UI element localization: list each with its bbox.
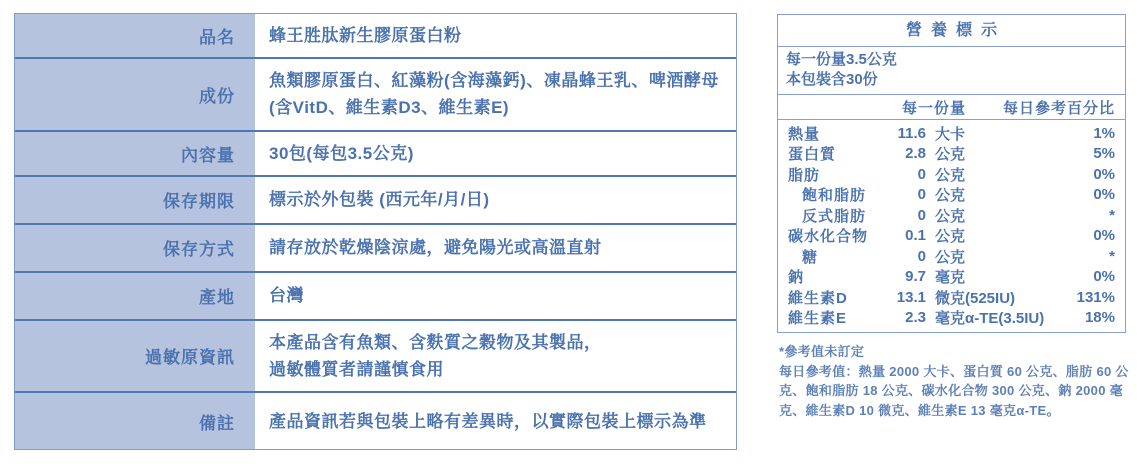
nutrient-daily-pct: 1% (1093, 125, 1115, 142)
table-row: 備註 產品資訊若與包裝上略有差異時，以實際包裝上標示為準 (15, 393, 736, 449)
table-row: 保存方式 請存放於乾燥陰涼處，避免陽光或高溫直射 (15, 225, 736, 273)
nutrition-facts-panel: 營養標示 每一份量3.5公克 本包裝含30份 每一份量 每日參考百分比 熱量 1… (777, 14, 1126, 333)
nutrient-name: 鈉 (788, 266, 878, 287)
nutrient-unit: 毫克 (935, 266, 1093, 287)
nutrient-amount: 9.7 (878, 268, 926, 285)
nutrient-row-trans-fat: 反式脂肪 0 公克 * (778, 205, 1125, 226)
nutrient-row-vitamin-d: 維生素D 13.1 微克(525IU) 131% (778, 287, 1125, 308)
nutrient-daily-pct: * (1109, 248, 1115, 265)
nutrient-unit: 公克 (935, 164, 1093, 185)
nutrient-unit: 大卡 (935, 123, 1093, 144)
row-label-origin: 產地 (15, 273, 255, 319)
nutrient-unit: 公克 (935, 143, 1093, 164)
nutrient-row-sodium: 鈉 9.7 毫克 0% (778, 267, 1125, 288)
row-label-storage: 保存方式 (15, 225, 255, 271)
nutrition-column-headers: 每一份量 每日參考百分比 (778, 95, 1125, 120)
nutrient-name: 維生素D (788, 287, 878, 308)
nutrient-rows: 熱量 11.6 大卡 1% 蛋白質 2.8 公克 5% 脂肪 0 公克 0% 飽… (778, 120, 1125, 332)
nutrient-amount: 2.3 (878, 309, 926, 326)
row-label-net-content: 內容量 (15, 132, 255, 175)
col-header-per-serving: 每一份量 (878, 97, 990, 118)
nutrient-amount: 0 (878, 248, 926, 265)
nutrient-name: 反式脂肪 (788, 205, 878, 226)
table-row: 品名 蜂王胜肽新生膠原蛋白粉 (15, 14, 736, 59)
nutrient-row-saturated-fat: 飽和脂肪 0 公克 0% (778, 185, 1125, 206)
nutrient-daily-pct: 0% (1093, 227, 1115, 244)
table-row: 保存期限 標示於外包裝 (西元年/月/日) (15, 177, 736, 225)
nutrient-daily-pct: 0% (1093, 166, 1115, 183)
row-value-origin: 台灣 (255, 273, 736, 319)
nutrient-amount: 11.6 (878, 125, 926, 142)
row-label-shelf-life: 保存期限 (15, 177, 255, 223)
nutrient-name: 熱量 (788, 123, 878, 144)
row-label-product-name: 品名 (15, 14, 255, 57)
row-label-remarks: 備註 (15, 393, 255, 449)
nutrient-unit: 公克 (935, 205, 1109, 226)
nutrient-row-carbohydrate: 碳水化合物 0.1 公克 0% (778, 226, 1125, 247)
nutrient-daily-pct: 18% (1085, 309, 1115, 326)
nutrient-amount: 0 (878, 207, 926, 224)
row-value-ingredients: 魚類膠原蛋白、紅藻粉(含海藻鈣)、凍晶蜂王乳、啤酒酵母 (含VitD、維生素D3… (255, 59, 736, 129)
serving-info: 每一份量3.5公克 本包裝含30份 (778, 47, 1125, 95)
nutrient-unit: 公克 (935, 184, 1093, 205)
table-row: 內容量 30包(每包3.5公克) (15, 132, 736, 177)
row-value-storage: 請存放於乾燥陰涼處，避免陽光或高溫直射 (255, 225, 736, 271)
nutrient-amount: 13.1 (878, 289, 926, 306)
table-row: 過敏原資訊 本產品含有魚類、含麩質之穀物及其製品， 過敏體質者請謹慎食用 (15, 321, 736, 393)
nutrient-name: 蛋白質 (788, 143, 878, 164)
nutrient-row-calories: 熱量 11.6 大卡 1% (778, 123, 1125, 144)
nutrient-name: 糖 (788, 246, 878, 267)
nutrition-title: 營養標示 (778, 15, 1125, 47)
product-spec-table: 品名 蜂王胜肽新生膠原蛋白粉 成份 魚類膠原蛋白、紅藻粉(含海藻鈣)、凍晶蜂王乳… (14, 13, 737, 450)
nutrition-footnote: *參考值未訂定 每日參考值：熱量 2000 大卡、蛋白質 60 公克、脂肪 60… (779, 342, 1131, 420)
serving-size-line: 每一份量3.5公克 (786, 50, 1117, 70)
nutrient-unit: 公克 (935, 225, 1093, 246)
servings-per-pack-line: 本包裝含30份 (786, 70, 1117, 90)
nutrient-row-protein: 蛋白質 2.8 公克 5% (778, 144, 1125, 165)
nutrient-name: 碳水化合物 (788, 225, 878, 246)
nutrient-unit: 公克 (935, 246, 1109, 267)
nutrient-unit: 毫克α-TE(3.5IU) (935, 307, 1085, 328)
row-value-net-content: 30包(每包3.5公克) (255, 132, 736, 175)
nutrient-daily-pct: * (1109, 207, 1115, 224)
nutrient-name: 維生素E (788, 307, 878, 328)
nutrient-daily-pct: 0% (1093, 186, 1115, 203)
col-header-daily-value-pct: 每日參考百分比 (990, 97, 1115, 118)
nutrient-row-fat: 脂肪 0 公克 0% (778, 164, 1125, 185)
nutrient-amount: 0.1 (878, 227, 926, 244)
row-value-product-name: 蜂王胜肽新生膠原蛋白粉 (255, 14, 736, 57)
nutrient-unit: 微克(525IU) (935, 287, 1077, 308)
nutrient-amount: 0 (878, 166, 926, 183)
nutrient-daily-pct: 5% (1093, 145, 1115, 162)
nutrient-amount: 2.8 (878, 145, 926, 162)
nutrient-name: 脂肪 (788, 164, 878, 185)
table-row: 產地 台灣 (15, 273, 736, 321)
row-value-shelf-life: 標示於外包裝 (西元年/月/日) (255, 177, 736, 223)
nutrient-name: 飽和脂肪 (788, 184, 878, 205)
row-label-allergen-info: 過敏原資訊 (15, 321, 255, 391)
table-row: 成份 魚類膠原蛋白、紅藻粉(含海藻鈣)、凍晶蜂王乳、啤酒酵母 (含VitD、維生… (15, 59, 736, 131)
row-value-remarks: 產品資訊若與包裝上略有差異時，以實際包裝上標示為準 (255, 393, 736, 449)
nutrient-amount: 0 (878, 186, 926, 203)
row-value-allergen-info: 本產品含有魚類、含麩質之穀物及其製品， 過敏體質者請謹慎食用 (255, 321, 736, 391)
footnote-daily-reference-values: 每日參考值：熱量 2000 大卡、蛋白質 60 公克、脂肪 60 公克、飽和脂肪… (779, 362, 1131, 421)
row-label-ingredients: 成份 (15, 59, 255, 129)
nutrient-daily-pct: 0% (1093, 268, 1115, 285)
nutrient-row-vitamin-e: 維生素E 2.3 毫克α-TE(3.5IU) 18% (778, 308, 1125, 329)
nutrient-row-sugar: 糖 0 公克 * (778, 246, 1125, 267)
footnote-undefined-reference: *參考值未訂定 (779, 342, 1131, 362)
nutrient-daily-pct: 131% (1077, 289, 1115, 306)
